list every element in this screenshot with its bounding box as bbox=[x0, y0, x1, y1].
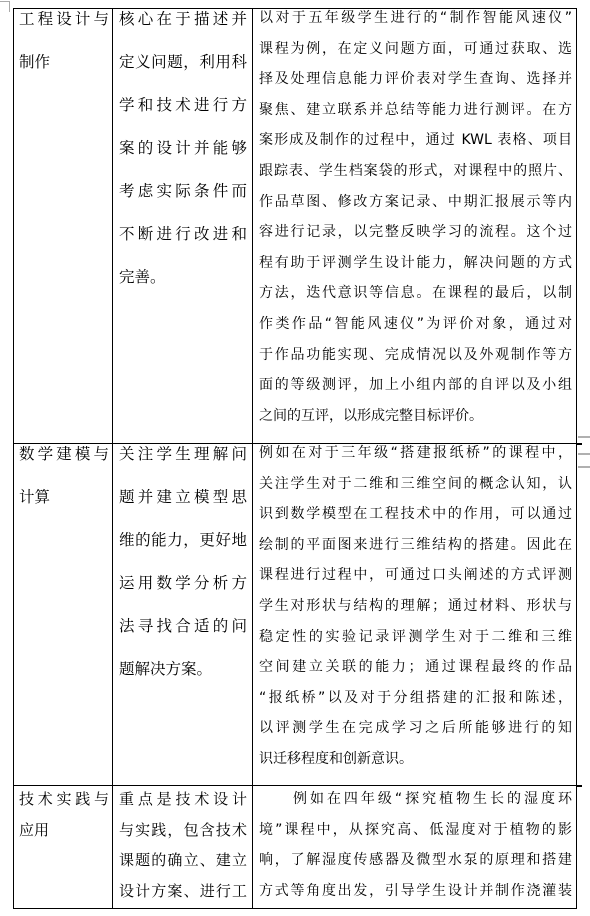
evaluation-dimensions-table: 工程设计与制作 核心在于描述并定义问题，利用科学和技术进行方案的设计并能够考虑实… bbox=[13, 8, 577, 909]
text-line: 绘制的平面图来进行三维结构的搭建。因此在 bbox=[259, 530, 572, 561]
text-line: 课题的确立、建立 bbox=[119, 845, 247, 876]
text-line: 工程设计与 bbox=[19, 9, 109, 41]
table-row-tech-practice: 技术实践与应用 重点是技术设计与实践，包含技术课题的确立、建立设计方案、进行工 … bbox=[14, 786, 576, 909]
text-line: 稳定性的实验记录评测学生对于二维和三维 bbox=[259, 622, 572, 653]
text-line: 于作品功能实现、完成情况以及外观制作等方 bbox=[259, 340, 572, 371]
text-line: 面的等级测评，加上小组内部的自评以及小组 bbox=[259, 370, 572, 401]
text-line: 方式等角度出发，引导学生设计并制作浇灌装 bbox=[259, 876, 572, 907]
text-line: 考虑实际条件而 bbox=[119, 170, 247, 213]
text-line: 设计方案、进行工 bbox=[119, 876, 247, 907]
text-line: 关注学生对于二维和三维空间的概念认知，认 bbox=[259, 469, 572, 500]
text-line: 维的能力，更好地 bbox=[119, 519, 247, 562]
text-line: 聚焦、建立联系并总结等能力进行测评。在方 bbox=[259, 95, 572, 126]
text-line: 作品草图、修改方案记录、中期汇报展示等内 bbox=[259, 187, 572, 218]
cell-description-engineering-design: 核心在于描述并定义问题，利用科学和技术进行方案的设计并能够考虑实际条件而不断进行… bbox=[113, 9, 253, 443]
cell-description-tech-practice: 重点是技术设计与实践，包含技术课题的确立、建立设计方案、进行工 bbox=[113, 786, 253, 908]
table-row-engineering-design: 工程设计与制作 核心在于描述并定义问题，利用科学和技术进行方案的设计并能够考虑实… bbox=[14, 9, 576, 444]
text-line: 响，了解湿度传感器及微型水泵的原理和搭建 bbox=[259, 845, 572, 876]
text-line: 技术实践与 bbox=[19, 786, 109, 815]
text-line: 定义问题，利用科 bbox=[119, 41, 247, 84]
text-line: 容进行记录，以完整反映学习的流程。这个过 bbox=[259, 217, 572, 248]
cell-example-math-modeling: 例如在对于三年级“搭建报纸桥”的课程中，关注学生对于二维和三维空间的概念认知，认… bbox=[253, 444, 576, 785]
text-line: 作类作品“智能风速仪”为评价对象，通过对 bbox=[259, 309, 572, 340]
text-line: 境”课程中，从探究高、低湿度对于植物的影 bbox=[259, 815, 572, 846]
text-line: “报纸桥”以及对于分组搭建的汇报和陈述， bbox=[259, 683, 572, 714]
cell-description-math-modeling: 关注学生理解问题并建立模型思维的能力，更好地运用数学分析方法寻找合适的问题解决方… bbox=[113, 444, 253, 785]
text-line: 跟踪表、学生档案袋的形式，对课程中的照片、 bbox=[259, 156, 572, 187]
text-line: 择及处理信息能力评价表对学生查询、选择并 bbox=[259, 64, 572, 95]
text-line: 识迁移程度和创新意识。 bbox=[259, 744, 572, 775]
text-line: 课程为例，在定义问题方面，可通过获取、选 bbox=[259, 34, 572, 65]
text-line: 方法，迭代意识等信息。在课程的最后，以制 bbox=[259, 278, 572, 309]
text-line: 核心在于描述并 bbox=[119, 9, 247, 41]
cell-example-engineering-design: 以对于五年级学生进行的“制作智能风速仪”课程为例，在定义问题方面，可通过获取、选… bbox=[253, 9, 576, 443]
cell-example-tech-practice: 例如在四年级“探究植物生长的湿度环境”课程中，从探究高、低湿度对于植物的影响，了… bbox=[253, 786, 576, 908]
text-line: 学和技术进行方 bbox=[119, 84, 247, 127]
text-line: 识到数学模型在工程技术中的作用，可以通过 bbox=[259, 499, 572, 530]
row-divider-stub-artifact bbox=[576, 443, 582, 445]
text-line: 空间建立关联的能力；通过课程最终的作品 bbox=[259, 652, 572, 683]
cell-category-engineering-design: 工程设计与制作 bbox=[14, 9, 113, 443]
text-line: 数学建模与 bbox=[19, 444, 109, 476]
text-line: 案形成及制作的过程中，通过 KWL 表格、项目 bbox=[259, 125, 572, 156]
cell-category-math-modeling: 数学建模与计算 bbox=[14, 444, 113, 785]
right-edge-tick-artifact bbox=[578, 436, 590, 438]
text-line: 程有助于评测学生设计能力，解决问题的方式 bbox=[259, 248, 572, 279]
text-line: 例如在四年级“探究植物生长的湿度环 bbox=[259, 786, 572, 815]
text-line: 法寻找合适的问 bbox=[119, 605, 247, 648]
text-line: 以对于五年级学生进行的“制作智能风速仪” bbox=[259, 9, 572, 34]
right-edge-tick-artifact bbox=[578, 466, 590, 468]
cell-category-tech-practice: 技术实践与应用 bbox=[14, 786, 113, 908]
text-line: 题解决方案。 bbox=[119, 648, 247, 691]
text-line: 关注学生理解问 bbox=[119, 444, 247, 476]
text-line: 与实践，包含技术 bbox=[119, 815, 247, 846]
text-line: 运用数学分析方 bbox=[119, 562, 247, 605]
text-line: 应用 bbox=[19, 815, 109, 846]
text-line: 制作 bbox=[19, 41, 109, 84]
text-line: 完善。 bbox=[119, 256, 247, 299]
text-line: 课程进行过程中，可通过口头阐述的方式评测 bbox=[259, 560, 572, 591]
right-edge-tick-artifact bbox=[578, 453, 590, 455]
text-line: 不断进行改进和 bbox=[119, 213, 247, 256]
table-row-math-modeling: 数学建模与计算 关注学生理解问题并建立模型思维的能力，更好地运用数学分析方法寻找… bbox=[14, 444, 576, 786]
text-line: 之间的互评，以形成完整目标评价。 bbox=[259, 401, 572, 432]
text-line: 案的设计并能够 bbox=[119, 127, 247, 170]
text-line: 题并建立模型思 bbox=[119, 476, 247, 519]
text-line: 学生对形状与结构的理解；通过材料、形状与 bbox=[259, 591, 572, 622]
row-divider-stub-artifact bbox=[576, 785, 582, 787]
cropped-cell-corner-artifact bbox=[0, 1, 10, 12]
text-line: 重点是技术设计 bbox=[119, 786, 247, 815]
text-line: 以评测学生在完成学习之后所能够进行的知 bbox=[259, 713, 572, 744]
text-line: 例如在对于三年级“搭建报纸桥”的课程中， bbox=[259, 444, 572, 469]
text-line: 计算 bbox=[19, 476, 109, 519]
